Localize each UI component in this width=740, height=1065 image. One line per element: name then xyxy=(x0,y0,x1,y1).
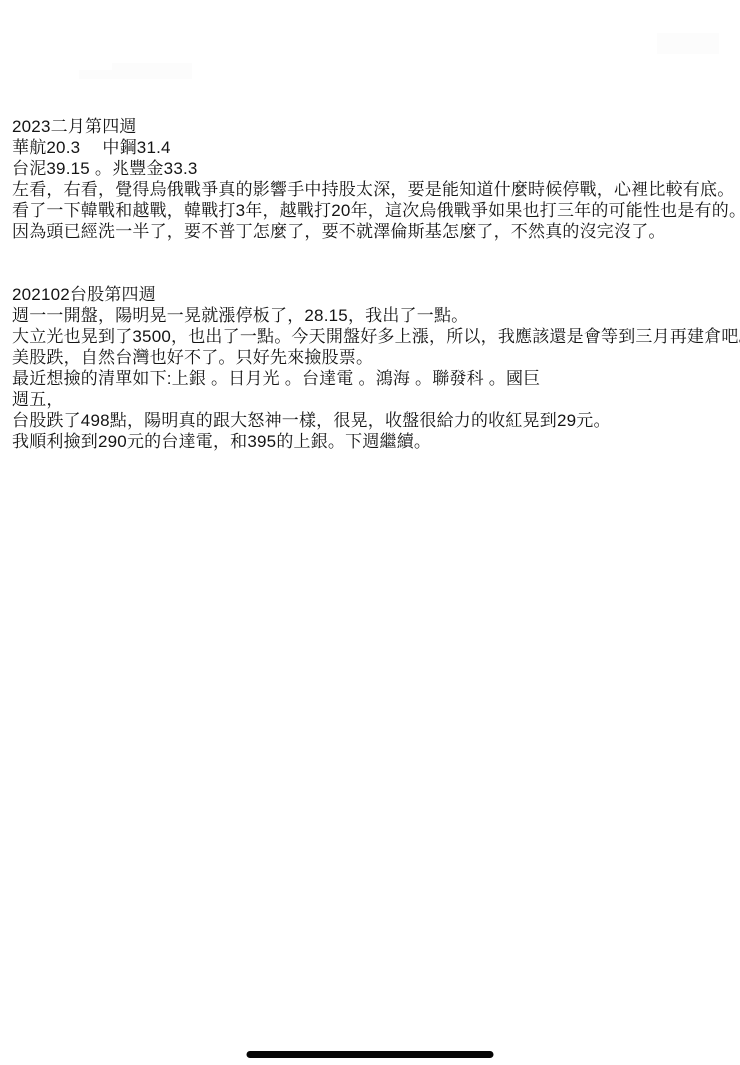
note-section-2023-feb-week4: 2023二月第四週 華航20.3 中鋼31.4 台泥39.15 。兆豐金33.3… xyxy=(12,116,734,242)
section-heading: 2023二月第四週 xyxy=(12,116,734,137)
section-heading: 202102台股第四週 xyxy=(12,284,734,305)
note-line: 看了一下韓戰和越戰，韓戰打3年，越戰打20年，這次烏俄戰爭如果也打三年的可能性也… xyxy=(12,200,734,221)
note-line: 因為頭已經洗一半了，要不普丁怎麼了，要不就澤倫斯基怎麼了，不然真的沒完沒了。 xyxy=(12,221,734,242)
note-line: 左看，右看，覺得烏俄戰爭真的影響手中持股太深，要是能知道什麼時候停戰，心裡比較有… xyxy=(12,179,734,200)
faded-rectangle xyxy=(657,33,719,54)
note-line: 我順利撿到290元的台達電，和395的上銀。下週繼續。 xyxy=(12,431,734,452)
note-line: 最近想撿的清單如下:上銀 。日月光 。台達電 。鴻海 。聯發科 。國巨 xyxy=(12,368,734,389)
note-section-202102-week4: 202102台股第四週 週一一開盤，陽明晃一晃就漲停板了，28.15，我出了一點… xyxy=(12,284,734,452)
home-indicator-bar[interactable] xyxy=(247,1051,494,1058)
note-line: 週一一開盤，陽明晃一晃就漲停板了，28.15，我出了一點。 xyxy=(12,305,734,326)
note-line: 台股跌了498點，陽明真的跟大怒神一樣，很晃，收盤很給力的收紅晃到29元。 xyxy=(12,410,734,431)
note-line: 大立光也晃到了3500，也出了一點。今天開盤好多上漲，所以，我應該還是會等到三月… xyxy=(12,326,734,347)
note-line: 華航20.3 中鋼31.4 xyxy=(12,137,734,158)
note-page: 2023二月第四週 華航20.3 中鋼31.4 台泥39.15 。兆豐金33.3… xyxy=(0,0,740,1065)
note-line: 週五， xyxy=(12,389,734,410)
note-line: 台泥39.15 。兆豐金33.3 xyxy=(12,158,734,179)
note-line: 美股跌，自然台灣也好不了。只好先來撿股票。 xyxy=(12,347,734,368)
faded-smudge xyxy=(79,70,192,79)
note-text-block: 2023二月第四週 華航20.3 中鋼31.4 台泥39.15 。兆豐金33.3… xyxy=(12,116,734,452)
